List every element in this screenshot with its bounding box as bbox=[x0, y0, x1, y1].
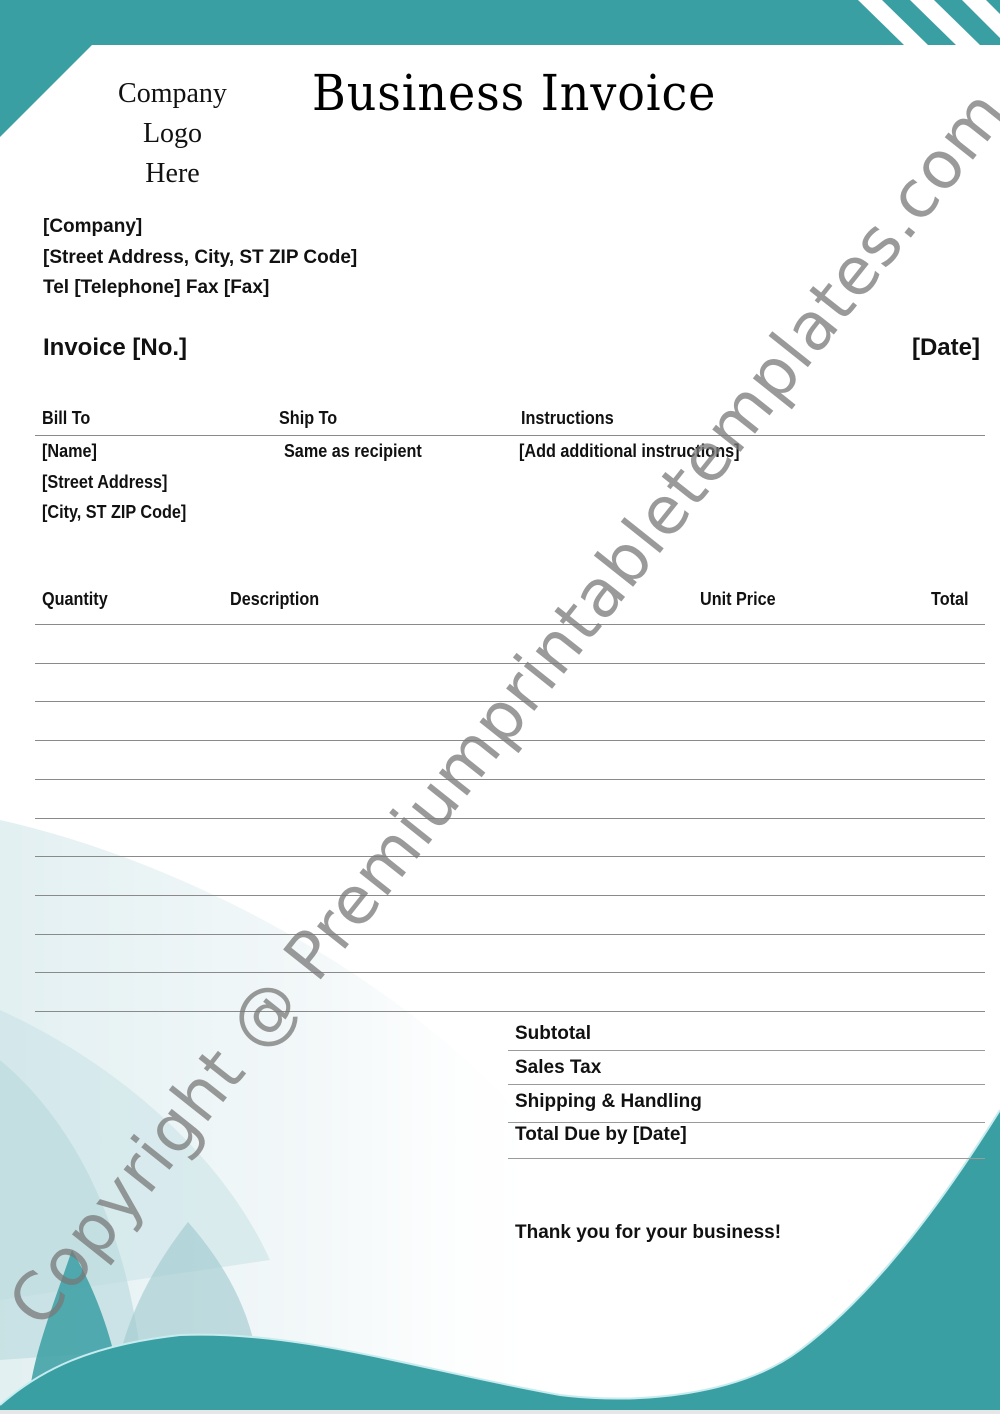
logo-line: Here bbox=[100, 154, 245, 194]
invoice-number[interactable]: Invoice [No.] bbox=[43, 334, 187, 362]
summary-subtotal-row[interactable]: Subtotal bbox=[508, 1016, 985, 1051]
column-header-quantity: Quantity bbox=[42, 589, 108, 610]
logo-line: Logo bbox=[100, 114, 245, 154]
table-row[interactable] bbox=[35, 701, 985, 702]
instructions-block: [Add additional instructions] bbox=[519, 436, 740, 467]
table-row[interactable] bbox=[35, 663, 985, 664]
instructions-value[interactable]: [Add additional instructions] bbox=[519, 436, 740, 467]
sender-contact[interactable]: Tel [Telephone] Fax [Fax] bbox=[43, 273, 357, 304]
document-title: Business Invoice bbox=[312, 64, 716, 122]
table-header-divider bbox=[35, 624, 985, 625]
sender-address[interactable]: [Street Address, City, ST ZIP Code] bbox=[43, 243, 357, 274]
instructions-label: Instructions bbox=[521, 408, 614, 429]
total-due-label: Total Due by [Date] bbox=[515, 1124, 687, 1146]
invoice-date[interactable]: [Date] bbox=[912, 334, 980, 362]
column-header-unit-price: Unit Price bbox=[700, 589, 776, 610]
summary-sales-tax-row[interactable]: Sales Tax bbox=[508, 1050, 985, 1085]
bill-to-street[interactable]: [Street Address] bbox=[42, 467, 186, 498]
table-row[interactable] bbox=[35, 779, 985, 780]
logo-line: Company bbox=[100, 74, 245, 114]
ship-to-block: Same as recipient bbox=[284, 436, 422, 467]
subtotal-label: Subtotal bbox=[515, 1023, 591, 1045]
ship-to-value[interactable]: Same as recipient bbox=[284, 436, 422, 467]
sales-tax-label: Sales Tax bbox=[515, 1057, 601, 1079]
bill-to-label: Bill To bbox=[42, 408, 90, 429]
ship-to-label: Ship To bbox=[279, 408, 337, 429]
bill-to-block: [Name] [Street Address] [City, ST ZIP Co… bbox=[42, 436, 186, 528]
table-row[interactable] bbox=[35, 934, 985, 935]
summary-shipping-row[interactable]: Shipping & Handling bbox=[508, 1084, 985, 1123]
table-row[interactable] bbox=[35, 1011, 985, 1012]
bill-to-name[interactable]: [Name] bbox=[42, 436, 186, 467]
summary-total-due-row[interactable]: Total Due by [Date] bbox=[508, 1122, 985, 1159]
column-header-description: Description bbox=[230, 589, 319, 610]
table-row[interactable] bbox=[35, 856, 985, 857]
table-row[interactable] bbox=[35, 972, 985, 973]
sender-company[interactable]: [Company] bbox=[43, 212, 357, 243]
table-row[interactable] bbox=[35, 818, 985, 819]
table-row[interactable] bbox=[35, 895, 985, 896]
thank-you-message: Thank you for your business! bbox=[515, 1222, 781, 1244]
company-logo-placeholder[interactable]: Company Logo Here bbox=[100, 74, 245, 194]
shipping-label: Shipping & Handling bbox=[515, 1091, 702, 1113]
table-row[interactable] bbox=[35, 740, 985, 741]
sender-block: [Company] [Street Address, City, ST ZIP … bbox=[43, 212, 357, 304]
column-header-total: Total bbox=[931, 589, 969, 610]
bill-to-city[interactable]: [City, ST ZIP Code] bbox=[42, 497, 186, 528]
